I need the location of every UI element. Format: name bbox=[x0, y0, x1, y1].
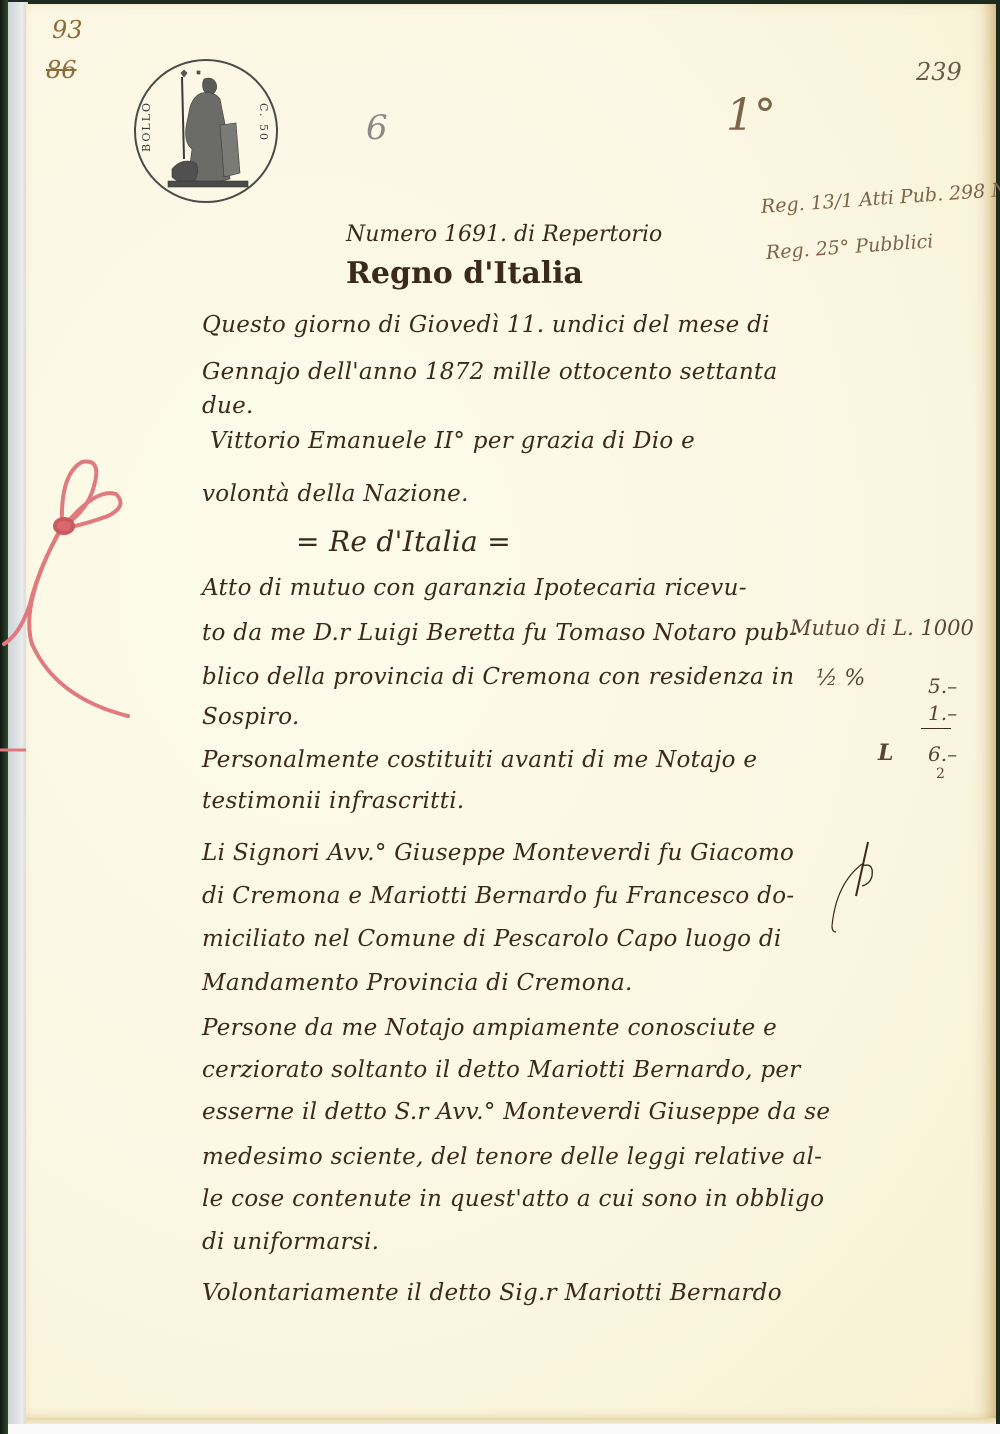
body-line: le cose contenute in quest'atto a cui so… bbox=[202, 1188, 824, 1211]
page-number: 239 bbox=[916, 58, 962, 86]
string-bow-icon bbox=[0, 444, 160, 764]
body-line: Sospiro. bbox=[202, 706, 300, 729]
body-line: Gennajo dell'anno 1872 mille ottocento s… bbox=[202, 361, 778, 384]
stamp-left-text: BOLLO bbox=[140, 101, 153, 152]
body-line: medesimo sciente, del tenore delle leggi… bbox=[202, 1146, 822, 1169]
body-line: Questo giorno di Giovedì 11. undici del … bbox=[202, 314, 770, 337]
margin-total: 6.– bbox=[928, 742, 957, 766]
binding-string bbox=[0, 444, 160, 764]
margin-mutuo-amount: Mutuo di L. 1000 bbox=[790, 616, 974, 640]
scan-background bbox=[8, 1424, 1000, 1434]
archive-number-struck: 86 bbox=[46, 56, 77, 84]
body-line: volontà della Nazione. bbox=[202, 483, 469, 506]
body-line: di Cremona e Mariotti Bernardo fu France… bbox=[202, 885, 794, 908]
sum-divider bbox=[921, 728, 951, 729]
registration-note-line-2: Reg. 25° Pubblici bbox=[765, 230, 934, 264]
body-line: Personalmente costituiti avanti di me No… bbox=[202, 749, 757, 772]
notary-initial-flourish bbox=[826, 834, 906, 944]
margin-total-symbol: L bbox=[878, 740, 893, 766]
stamp-right-text: C. 50 bbox=[257, 103, 270, 142]
revenue-stamp: BOLLO C. 50 bbox=[134, 59, 278, 203]
margin-fee-1: 5.– bbox=[928, 674, 957, 698]
king-title: = Re d'Italia = bbox=[296, 528, 511, 556]
body-line: esserne il detto S.r Avv.° Monteverdi Gi… bbox=[202, 1101, 830, 1124]
pencil-mark: 6 bbox=[366, 108, 388, 148]
body-line: Vittorio Emanuele II° per grazia di Dio … bbox=[210, 430, 695, 453]
document-page: 93 86 239 6 1° BOLLO C. 50 Numero 1691. … bbox=[26, 4, 996, 1424]
body-line: di uniformarsi. bbox=[202, 1231, 379, 1254]
archive-number: 93 bbox=[52, 16, 83, 44]
registration-note-line-1: Reg. 13/1 Atti Pub. 298 N° 95 bbox=[760, 176, 1000, 218]
margin-fee-2: 1.– bbox=[928, 701, 957, 725]
body-line: miciliato nel Comune di Pescarolo Capo l… bbox=[202, 928, 782, 951]
kingdom-title: Regno d'Italia bbox=[346, 256, 583, 291]
body-line: cerziorato soltanto il detto Mariotti Be… bbox=[202, 1059, 801, 1082]
italia-turrita-icon bbox=[164, 69, 254, 197]
body-line: blico della provincia di Cremona con res… bbox=[202, 666, 794, 689]
body-line: Persone da me Notajo ampiamente conosciu… bbox=[202, 1017, 777, 1040]
body-line: testimonii infrascritti. bbox=[202, 790, 465, 813]
repertorio-number: Numero 1691. di Repertorio bbox=[346, 222, 662, 247]
folio-mark: 1° bbox=[726, 90, 776, 141]
margin-total-sub: 2 bbox=[936, 766, 945, 782]
body-line: Mandamento Provincia di Cremona. bbox=[202, 972, 633, 995]
body-line: due. bbox=[202, 395, 254, 418]
body-line: Atto di mutuo con garanzia Ipotecaria ri… bbox=[202, 577, 747, 600]
body-line: Li Signori Avv.° Giuseppe Monteverdi fu … bbox=[202, 842, 794, 865]
body-line: to da me D.r Luigi Beretta fu Tomaso Not… bbox=[202, 622, 798, 645]
margin-interest-rate: ½ % bbox=[816, 666, 865, 691]
body-line: Volontariamente il detto Sig.r Mariotti … bbox=[202, 1282, 782, 1305]
